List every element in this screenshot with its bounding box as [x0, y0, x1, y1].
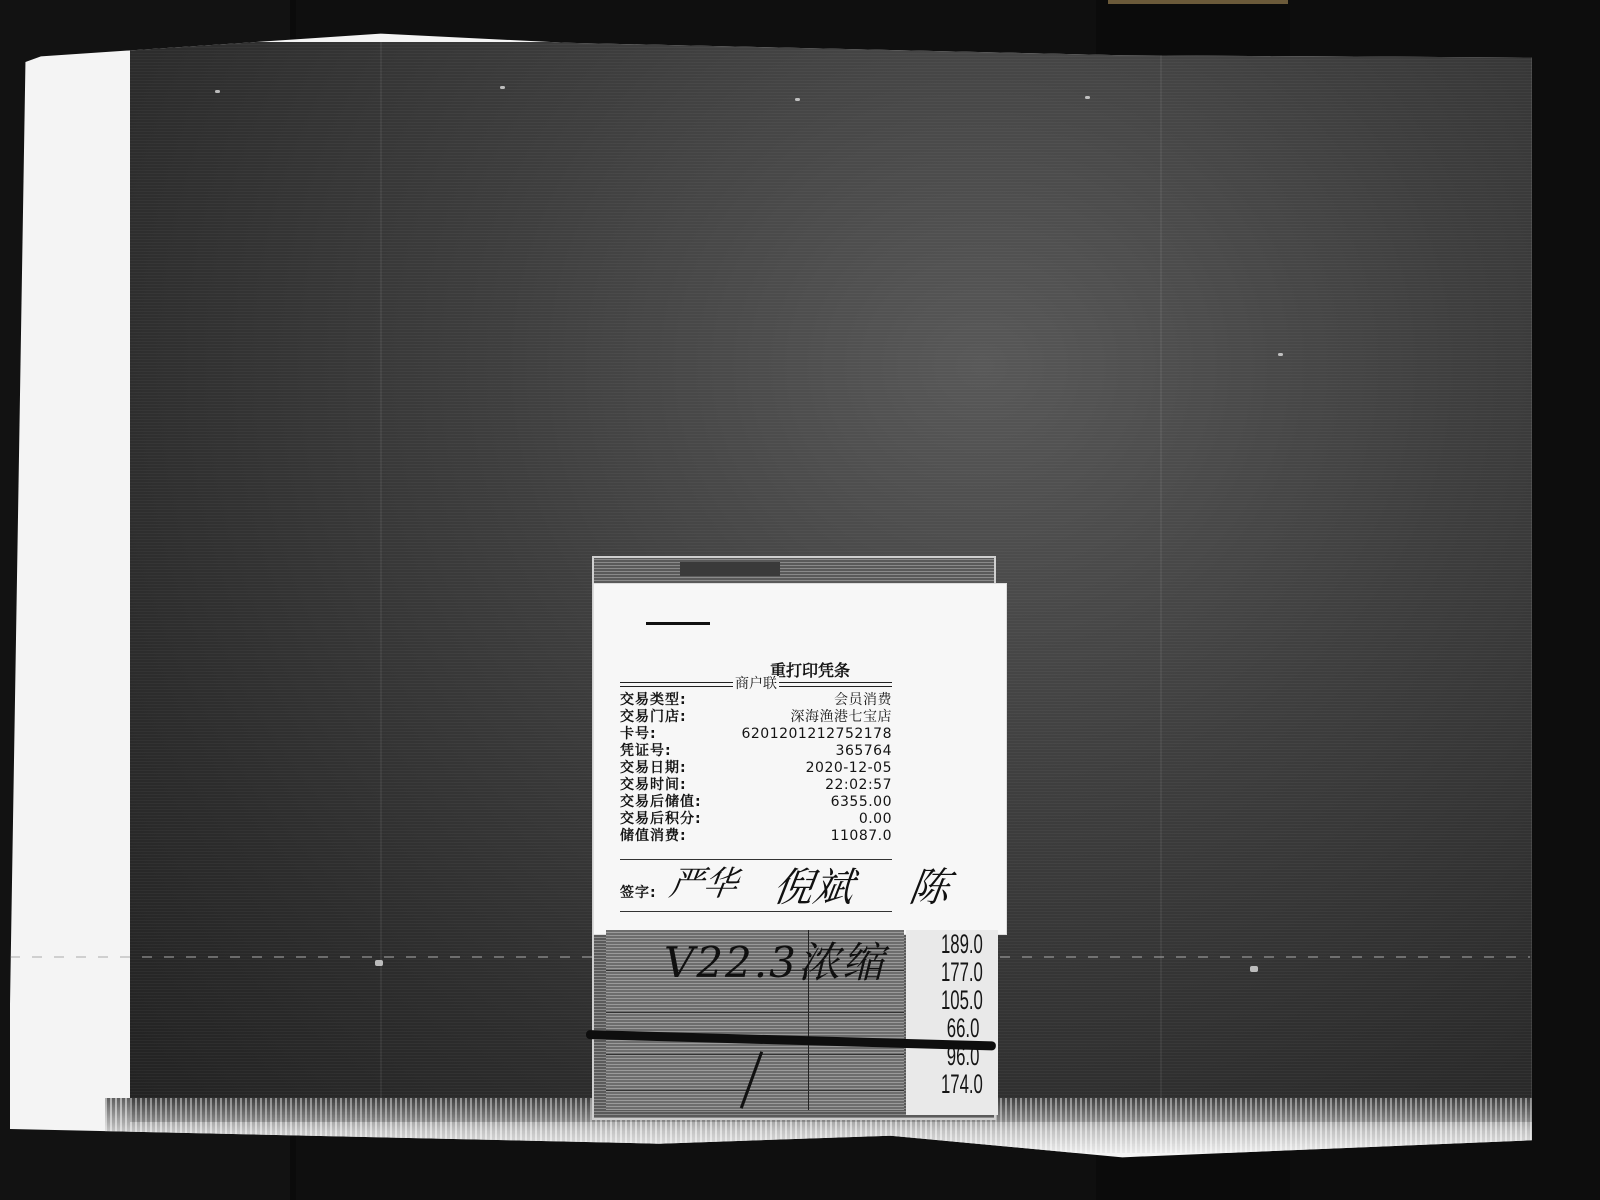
speck	[375, 960, 383, 966]
speck	[1278, 353, 1283, 356]
field-label: 交易时间:	[620, 777, 687, 794]
ledger-amounts: 189.0 177.0 105.0 66.0 96.0 174.0	[906, 930, 998, 1115]
receipt-field-time: 交易时间: 22:02:57	[620, 777, 892, 794]
receipt-field-card-number: 卡号: 6201201212752178	[620, 726, 892, 743]
ledger-amount: 105.0	[941, 986, 998, 1014]
speck	[795, 98, 800, 101]
field-value: 6355.00	[831, 794, 892, 811]
field-label: 凭证号:	[620, 743, 672, 760]
signature: 陈	[906, 856, 954, 913]
ledger-amount: 189.0	[941, 930, 998, 958]
receipt-field-stored-value-spent: 储值消费: 11087.0	[620, 828, 892, 845]
handwritten-note: V22.3浓缩	[664, 930, 886, 990]
fold-line	[1160, 42, 1162, 1122]
field-value: 6201201212752178	[741, 726, 892, 743]
ledger-amount: 177.0	[941, 958, 998, 986]
field-value: 22:02:57	[825, 777, 892, 794]
ledger-amount: 174.0	[941, 1070, 998, 1098]
receipt-field-points-after: 交易后积分: 0.00	[620, 811, 892, 828]
signature-label: 签字:	[620, 882, 657, 902]
field-label: 交易日期:	[620, 760, 687, 777]
ledger-amount: 66.0	[941, 1014, 998, 1042]
field-label: 储值消费:	[620, 828, 687, 845]
field-value: 会员消费	[834, 692, 892, 709]
signature: 严华	[667, 856, 742, 905]
ledger-row-line	[606, 1054, 904, 1055]
receipt-rule	[620, 911, 892, 912]
ledger-row-line	[606, 1012, 904, 1013]
field-value: 365764	[836, 743, 892, 760]
speck	[1250, 966, 1258, 972]
receipt-field-balance-after: 交易后储值: 6355.00	[620, 794, 892, 811]
receipt-stack-tab	[680, 562, 780, 576]
field-value: 2020-12-05	[806, 760, 892, 777]
field-label: 卡号:	[620, 726, 657, 743]
field-value: 11087.0	[831, 828, 892, 845]
receipt-field-transaction-type: 交易类型: 会员消费	[620, 692, 892, 709]
speck	[215, 90, 220, 93]
background-edge	[1108, 0, 1288, 4]
field-label: 交易后储值:	[620, 794, 702, 811]
signature: 倪斌	[770, 856, 858, 913]
receipt-fields: 交易类型: 会员消费 交易门店: 深海渔港七宝店 卡号: 62012012127…	[620, 692, 892, 845]
field-label: 交易门店:	[620, 709, 687, 726]
speck	[500, 86, 505, 89]
field-value: 深海渔港七宝店	[791, 709, 893, 726]
speck	[1085, 96, 1090, 99]
receipt-top-rule	[646, 622, 710, 625]
receipt: 重打印凭条 商户联 交易类型: 会员消费 交易门店: 深海渔港七宝店 卡号: 6…	[594, 584, 1006, 934]
receipt-copy-label: 商户联	[733, 676, 779, 692]
receipt-field-store: 交易门店: 深海渔港七宝店	[620, 709, 892, 726]
receipt-field-date: 交易日期: 2020-12-05	[620, 760, 892, 777]
receipt-copy-divider: 商户联	[620, 676, 892, 692]
field-label: 交易后积分:	[620, 811, 702, 828]
field-label: 交易类型:	[620, 692, 687, 709]
ledger-row-line	[606, 1090, 904, 1091]
field-value: 0.00	[859, 811, 892, 828]
receipt-field-voucher-number: 凭证号: 365764	[620, 743, 892, 760]
